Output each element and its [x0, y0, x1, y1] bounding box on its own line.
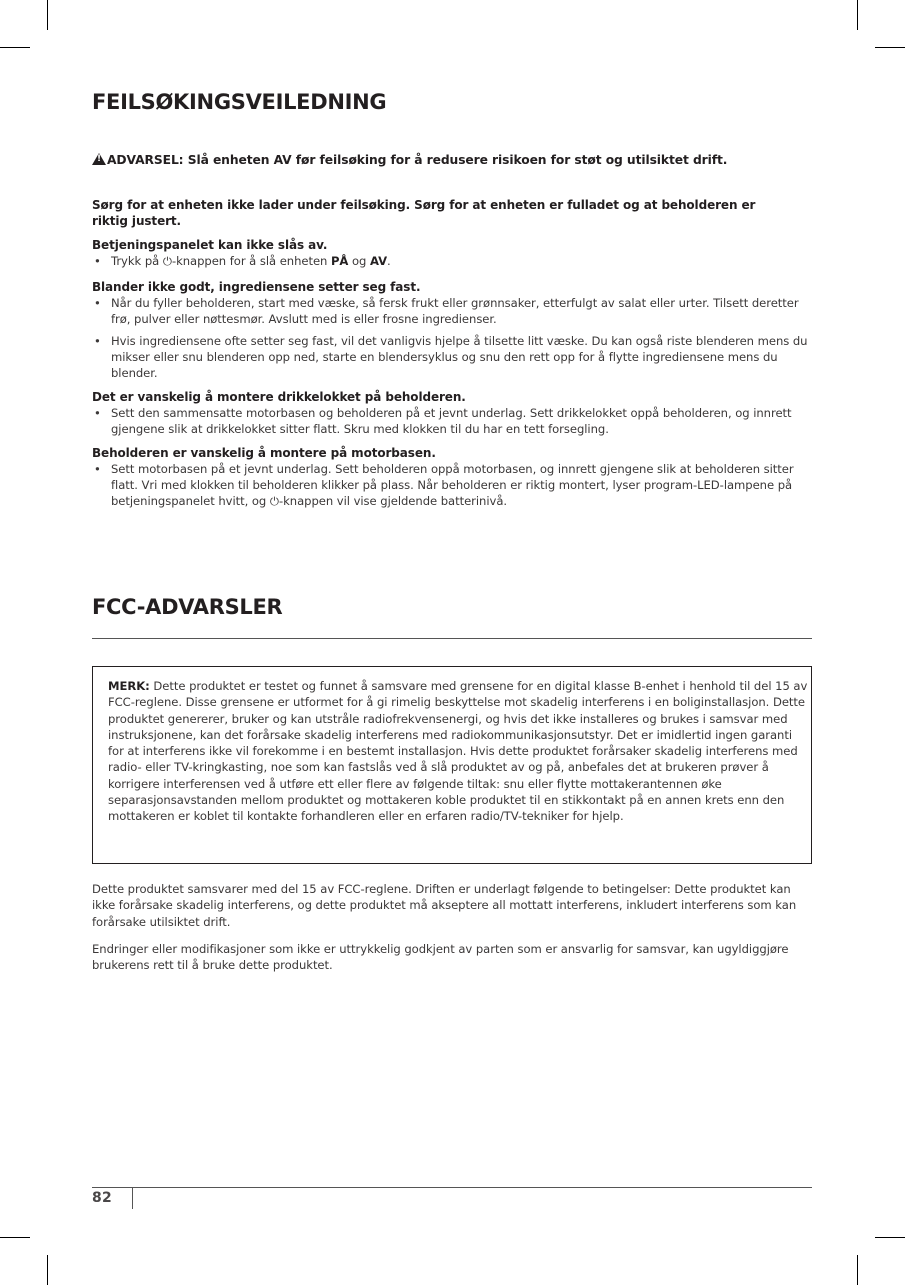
crop-mark: [47, 0, 48, 30]
power-icon: ⏻: [163, 253, 172, 269]
crop-mark: [875, 47, 905, 48]
bullet-dot: •: [94, 295, 101, 311]
bullet-text: -knappen for å slå enheten: [172, 254, 331, 268]
crop-mark: [0, 1237, 30, 1238]
crop-mark: [857, 1255, 858, 1285]
item-bullets: • Sett den sammensatte motorbasen og beh…: [92, 405, 817, 437]
bullet-text: Sett den sammensatte motorbasen og behol…: [111, 406, 792, 436]
item-bullets: • Sett motorbasen på et jevnt underlag. …: [92, 461, 817, 509]
footer-divider: [132, 1187, 133, 1209]
crop-mark: [0, 47, 30, 48]
section-divider: [92, 638, 812, 639]
troubleshooting-title: FEILSØKINGSVEILEDNING: [92, 90, 386, 114]
bullet-item: • Sett den sammensatte motorbasen og beh…: [92, 405, 817, 437]
bullet-dot: •: [94, 405, 101, 421]
bullet-dot: •: [94, 333, 101, 349]
note-text: Dette produktet er testet og funnet å sa…: [108, 679, 807, 823]
bullet-text: Når du fyller beholderen, start med væsk…: [111, 296, 799, 326]
bullet-text: .: [387, 254, 391, 268]
warning-notice: ADVARSEL: Slå enheten AV før feilsøking …: [92, 153, 727, 167]
item-heading: Det er vanskelig å montere drikkelokket …: [92, 389, 817, 405]
warning-triangle-icon: [92, 153, 106, 165]
item-bullets: • Trykk på ⏻-knappen for å slå enheten P…: [92, 253, 817, 269]
fcc-compliance-paragraph: Dette produktet samsvarer med del 15 av …: [92, 881, 814, 930]
power-icon: ⏻: [270, 493, 279, 509]
fcc-title: FCC-ADVARSLER: [92, 595, 282, 619]
off-label: AV: [370, 254, 387, 268]
item-heading: Betjeningspanelet kan ikke slås av.: [92, 237, 817, 253]
bullet-item: • Hvis ingrediensene ofte setter seg fas…: [92, 333, 817, 381]
crop-mark: [875, 1237, 905, 1238]
troubleshooting-item: Det er vanskelig å montere drikkelokket …: [92, 389, 817, 443]
bullet-item: • Når du fyller beholderen, start med væ…: [92, 295, 817, 327]
note-label: MERK:: [108, 679, 150, 693]
fcc-note-box: MERK: Dette produktet er testet og funne…: [92, 666, 812, 864]
troubleshooting-item: Beholderen er vanskelig å montere på mot…: [92, 445, 817, 515]
bullet-item: • Sett motorbasen på et jevnt underlag. …: [92, 461, 817, 509]
bullet-item: • Trykk på ⏻-knappen for å slå enheten P…: [92, 253, 817, 269]
bullet-dot: •: [94, 461, 101, 477]
bullet-text: og: [348, 254, 370, 268]
bullet-text: Trykk på: [111, 254, 163, 268]
troubleshooting-intro: Sørg for at enheten ikke lader under fei…: [92, 197, 782, 229]
troubleshooting-item: Blander ikke godt, ingrediensene setter …: [92, 279, 817, 387]
on-label: PÅ: [331, 254, 348, 268]
fcc-modification-paragraph: Endringer eller modifikasjoner som ikke …: [92, 941, 814, 974]
bullet-text: Hvis ingrediensene ofte setter seg fast,…: [111, 334, 807, 380]
troubleshooting-item: Betjeningspanelet kan ikke slås av. • Tr…: [92, 237, 817, 275]
crop-mark: [857, 0, 858, 30]
page-number: 82: [92, 1190, 112, 1206]
bullet-text: -knappen vil vise gjeldende batterinivå.: [279, 494, 507, 508]
item-heading: Blander ikke godt, ingrediensene setter …: [92, 279, 817, 295]
item-bullets: • Når du fyller beholderen, start med væ…: [92, 295, 817, 381]
warning-text: Slå enheten AV før feilsøking for å redu…: [184, 153, 728, 167]
fcc-note: MERK: Dette produktet er testet og funne…: [108, 678, 808, 825]
item-heading: Beholderen er vanskelig å montere på mot…: [92, 445, 817, 461]
footer-rule: [92, 1187, 812, 1188]
bullet-dot: •: [94, 253, 101, 269]
crop-mark: [47, 1255, 48, 1285]
warning-label: ADVARSEL:: [107, 153, 184, 167]
